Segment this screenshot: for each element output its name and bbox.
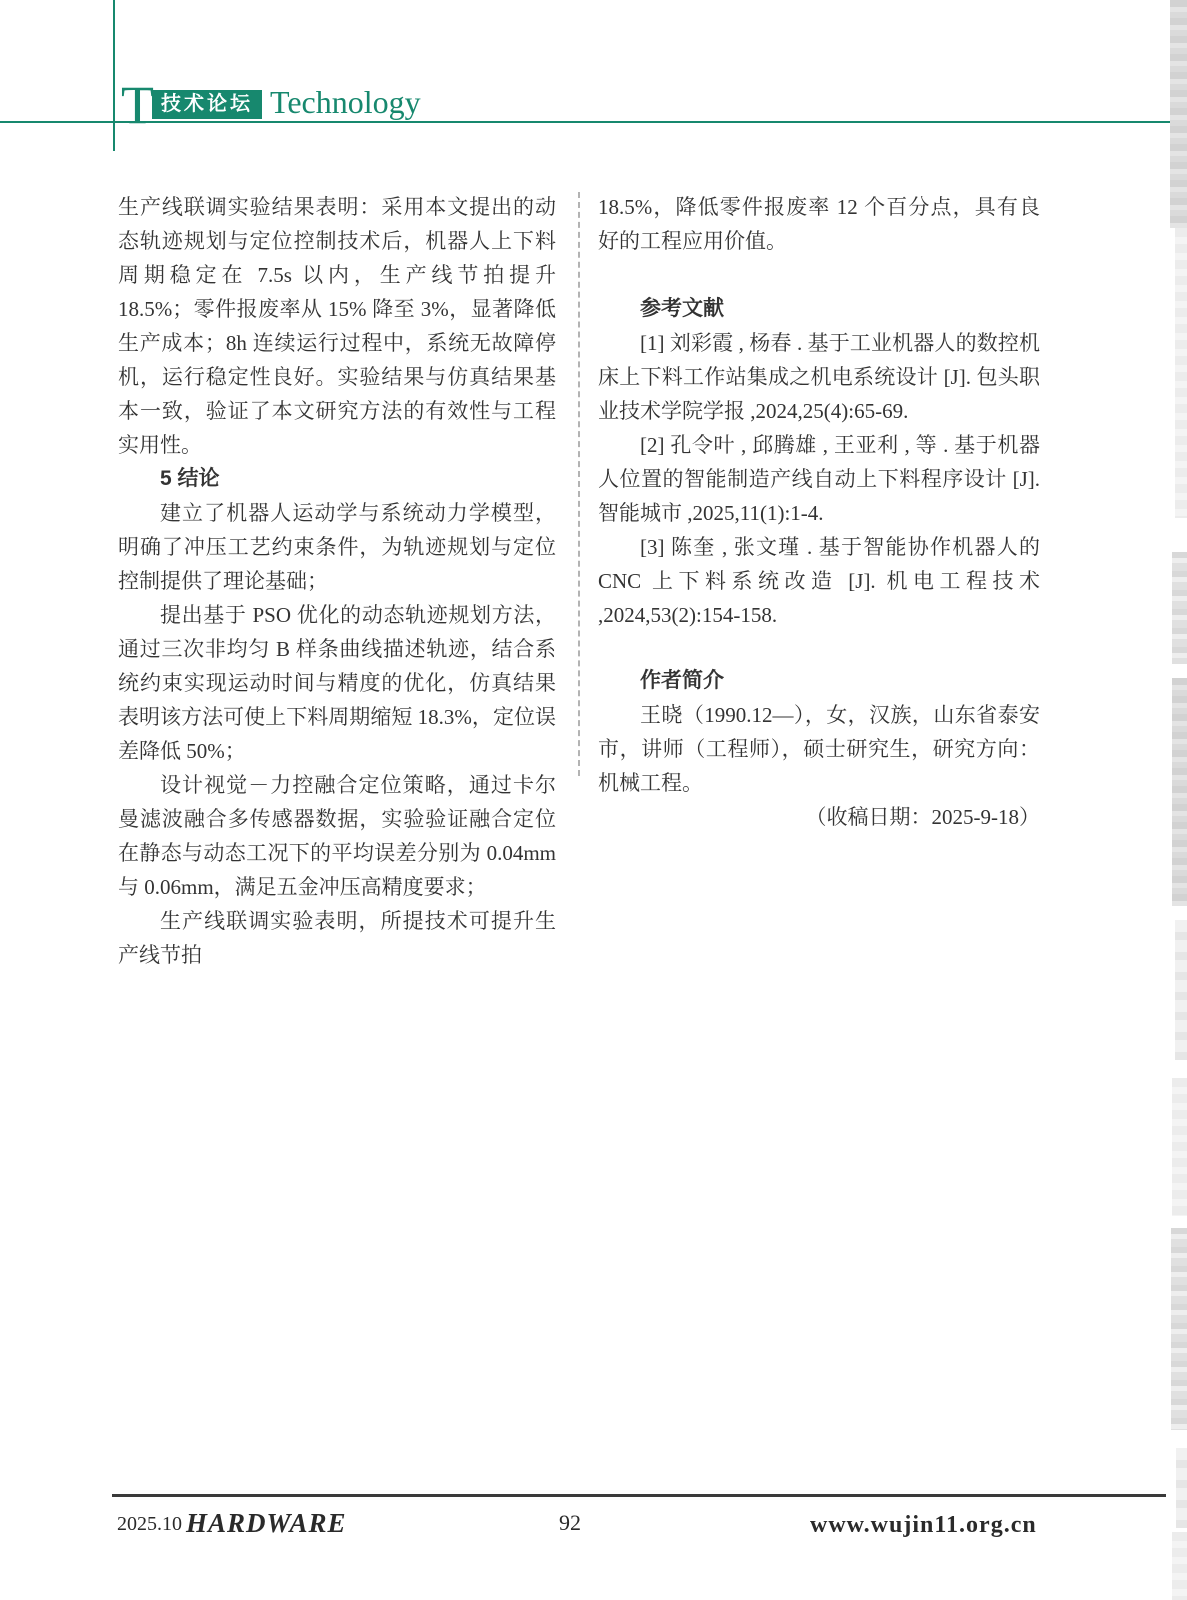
footer-rule (112, 1494, 1166, 1497)
page-edge-texture-block (1175, 920, 1187, 1060)
body-paragraph: 生产线联调实验结果表明：采用本文提出的动态轨迹规划与定位控制技术后，机器人上下料… (118, 190, 556, 462)
page-edge-texture-block (1172, 1532, 1187, 1600)
references-heading: 参考文献 (598, 292, 1040, 326)
header-horizontal-rule (0, 121, 1170, 123)
header-vertical-rule (113, 0, 115, 151)
section-title-cn: 技术论坛 (152, 90, 262, 119)
received-date: （收稿日期：2025-9-18） (598, 800, 1040, 834)
conclusion-heading: 5 结论 (118, 462, 556, 496)
journal-page: T 技术论坛 Technology 生产线联调实验结果表明：采用本文提出的动态轨… (0, 0, 1187, 1600)
section-initial-letter: T (121, 78, 154, 132)
column-divider-dashed (578, 192, 580, 776)
body-paragraph: 生产线联调实验表明，所提技术可提升生产线节拍 (118, 904, 556, 972)
page-edge-texture-block (1176, 1448, 1187, 1528)
page-edge-texture-block (1172, 678, 1187, 906)
body-paragraph: 提出基于 PSO 优化的动态轨迹规划方法，通过三次非均匀 B 样条曲线描述轨迹，… (118, 598, 556, 768)
author-bio-heading: 作者简介 (598, 664, 1040, 698)
footer-brand: HARDWARE (186, 1508, 347, 1539)
left-column: 生产线联调实验结果表明：采用本文提出的动态轨迹规划与定位控制技术后，机器人上下料… (118, 190, 556, 972)
right-column: 18.5%，降低零件报废率 12 个百分点，具有良好的工程应用价值。 参考文献 … (598, 190, 1040, 834)
body-paragraph: 18.5%，降低零件报废率 12 个百分点，具有良好的工程应用价值。 (598, 190, 1040, 258)
page-edge-texture-block (1172, 1078, 1187, 1216)
section-title-en: Technology (270, 85, 421, 119)
footer-issue: 2025.10 (117, 1513, 182, 1536)
body-paragraph: 设计视觉－力控融合定位策略，通过卡尔曼滤波融合多传感器数据，实验验证融合定位在静… (118, 768, 556, 904)
page-edge-texture-block (1170, 0, 1187, 228)
body-paragraph: 建立了机器人运动学与系统动力学模型，明确了冲压工艺约束条件，为轨迹规划与定位控制… (118, 496, 556, 598)
reference-item: [2] 孔令叶 , 邱腾雄 , 王亚利 , 等 . 基于机器人位置的智能制造产线… (598, 428, 1040, 530)
reference-item: [1] 刘彩霞 , 杨春 . 基于工业机器人的数控机床上下料工作站集成之机电系统… (598, 326, 1040, 428)
author-bio: 王晓（1990.12—），女，汉族，山东省泰安市，讲师（工程师），硕士研究生，研… (598, 698, 1040, 800)
page-edge-texture-block (1172, 552, 1187, 664)
page-edge-texture-block (1175, 228, 1187, 518)
footer-website: www.wujin11.org.cn (810, 1512, 1037, 1539)
reference-item: [3] 陈奎 , 张文瑾 . 基于智能协作机器人的 CNC 上下料系统改造 [J… (598, 530, 1040, 632)
page-edge-texture-block (1171, 1228, 1187, 1430)
page-number: 92 (540, 1510, 600, 1536)
